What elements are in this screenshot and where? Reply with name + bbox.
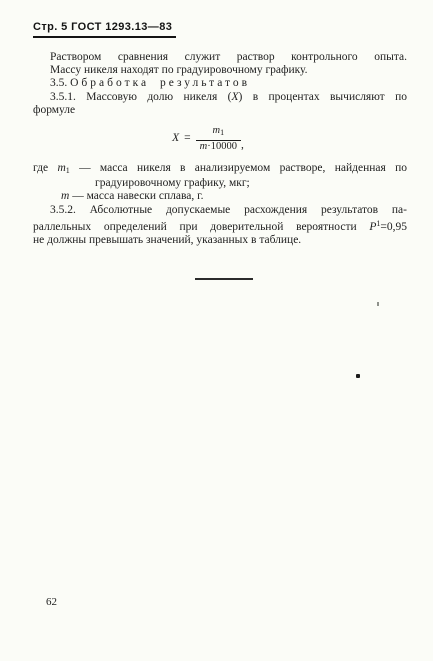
- paragraph-3-5-1-line2: формуле: [33, 104, 407, 117]
- where-desc-m: масса навески сплава, г.: [87, 190, 204, 202]
- paragraph-3-5-2-text-a: раллельных определений при доверительной…: [33, 221, 357, 233]
- formula-numerator-sub: 1: [220, 128, 224, 137]
- formula-equals: =: [184, 132, 191, 145]
- where-term-m-var: m: [61, 190, 69, 202]
- formula-numerator: m1: [209, 125, 229, 140]
- scan-artifact-dot-light: [377, 302, 379, 306]
- where-desc-m1-line2: градуировочному графику, мкг;: [95, 177, 407, 190]
- paragraph-3-5-1-text-a: 3.5.1. Массовую долю никеля (: [50, 91, 231, 103]
- paragraph-3-5-2-line3: не должны превышать значений, указанных …: [33, 234, 407, 247]
- paragraph-mass: Массу никеля находят по градуировочному …: [33, 64, 407, 77]
- page-number: 62: [46, 596, 57, 608]
- probability-number: =0,95: [380, 221, 407, 233]
- document-page: Стр. 5 ГОСТ 1293.13—83 Раствором сравнен…: [0, 0, 433, 661]
- section-divider-rule: [195, 278, 253, 280]
- where-term-m1-var: m: [57, 162, 65, 174]
- scan-artifact-dot-dark: [356, 374, 360, 378]
- where-dash-1: —: [79, 162, 91, 174]
- where-line1: где m1 — масса никеля в анализируемом ра…: [33, 162, 407, 177]
- formula-denominator-rest: ·10000: [207, 141, 237, 152]
- formula-fraction: m1 m·10000: [196, 125, 241, 153]
- formula: X = m1 m·10000 ,: [33, 125, 383, 153]
- paragraph-3-5-2-line1: 3.5.2. Абсолютные допускаемые расхождени…: [33, 204, 407, 217]
- formula-comma: ,: [241, 139, 244, 152]
- paragraph-solution: Раствором сравнения служит раствор контр…: [33, 51, 407, 64]
- document-body: Раствором сравнения служит раствор контр…: [33, 51, 407, 280]
- where-line3: m — масса навески сплава, г.: [61, 190, 407, 203]
- where-term-m1: m1: [57, 162, 69, 174]
- probability-value: P1=0,95: [369, 221, 407, 233]
- formula-denominator: m·10000: [196, 140, 241, 154]
- section-heading-number: 3.5.: [50, 77, 67, 89]
- where-intro: где: [33, 162, 48, 174]
- section-heading-3-5: 3.5. Обработка результатов: [33, 77, 407, 90]
- section-heading-title: Обработка результатов: [70, 77, 250, 89]
- formula-numerator-var: m: [213, 125, 221, 136]
- where-term-m1-sub: 1: [66, 166, 70, 175]
- paragraph-3-5-2-line2: раллельных определений при доверительной…: [33, 217, 407, 234]
- where-dash-2: —: [72, 190, 84, 202]
- formula-lhs: X: [172, 132, 179, 145]
- running-header: Стр. 5 ГОСТ 1293.13—83: [33, 21, 176, 38]
- where-desc-m1-line1: масса никеля в анализируемом растворе, н…: [100, 162, 407, 174]
- paragraph-3-5-1-line1: 3.5.1. Массовую долю никеля (X) в процен…: [33, 91, 407, 104]
- paragraph-3-5-1-text-b: ) в процентах вычисляют по: [238, 91, 407, 103]
